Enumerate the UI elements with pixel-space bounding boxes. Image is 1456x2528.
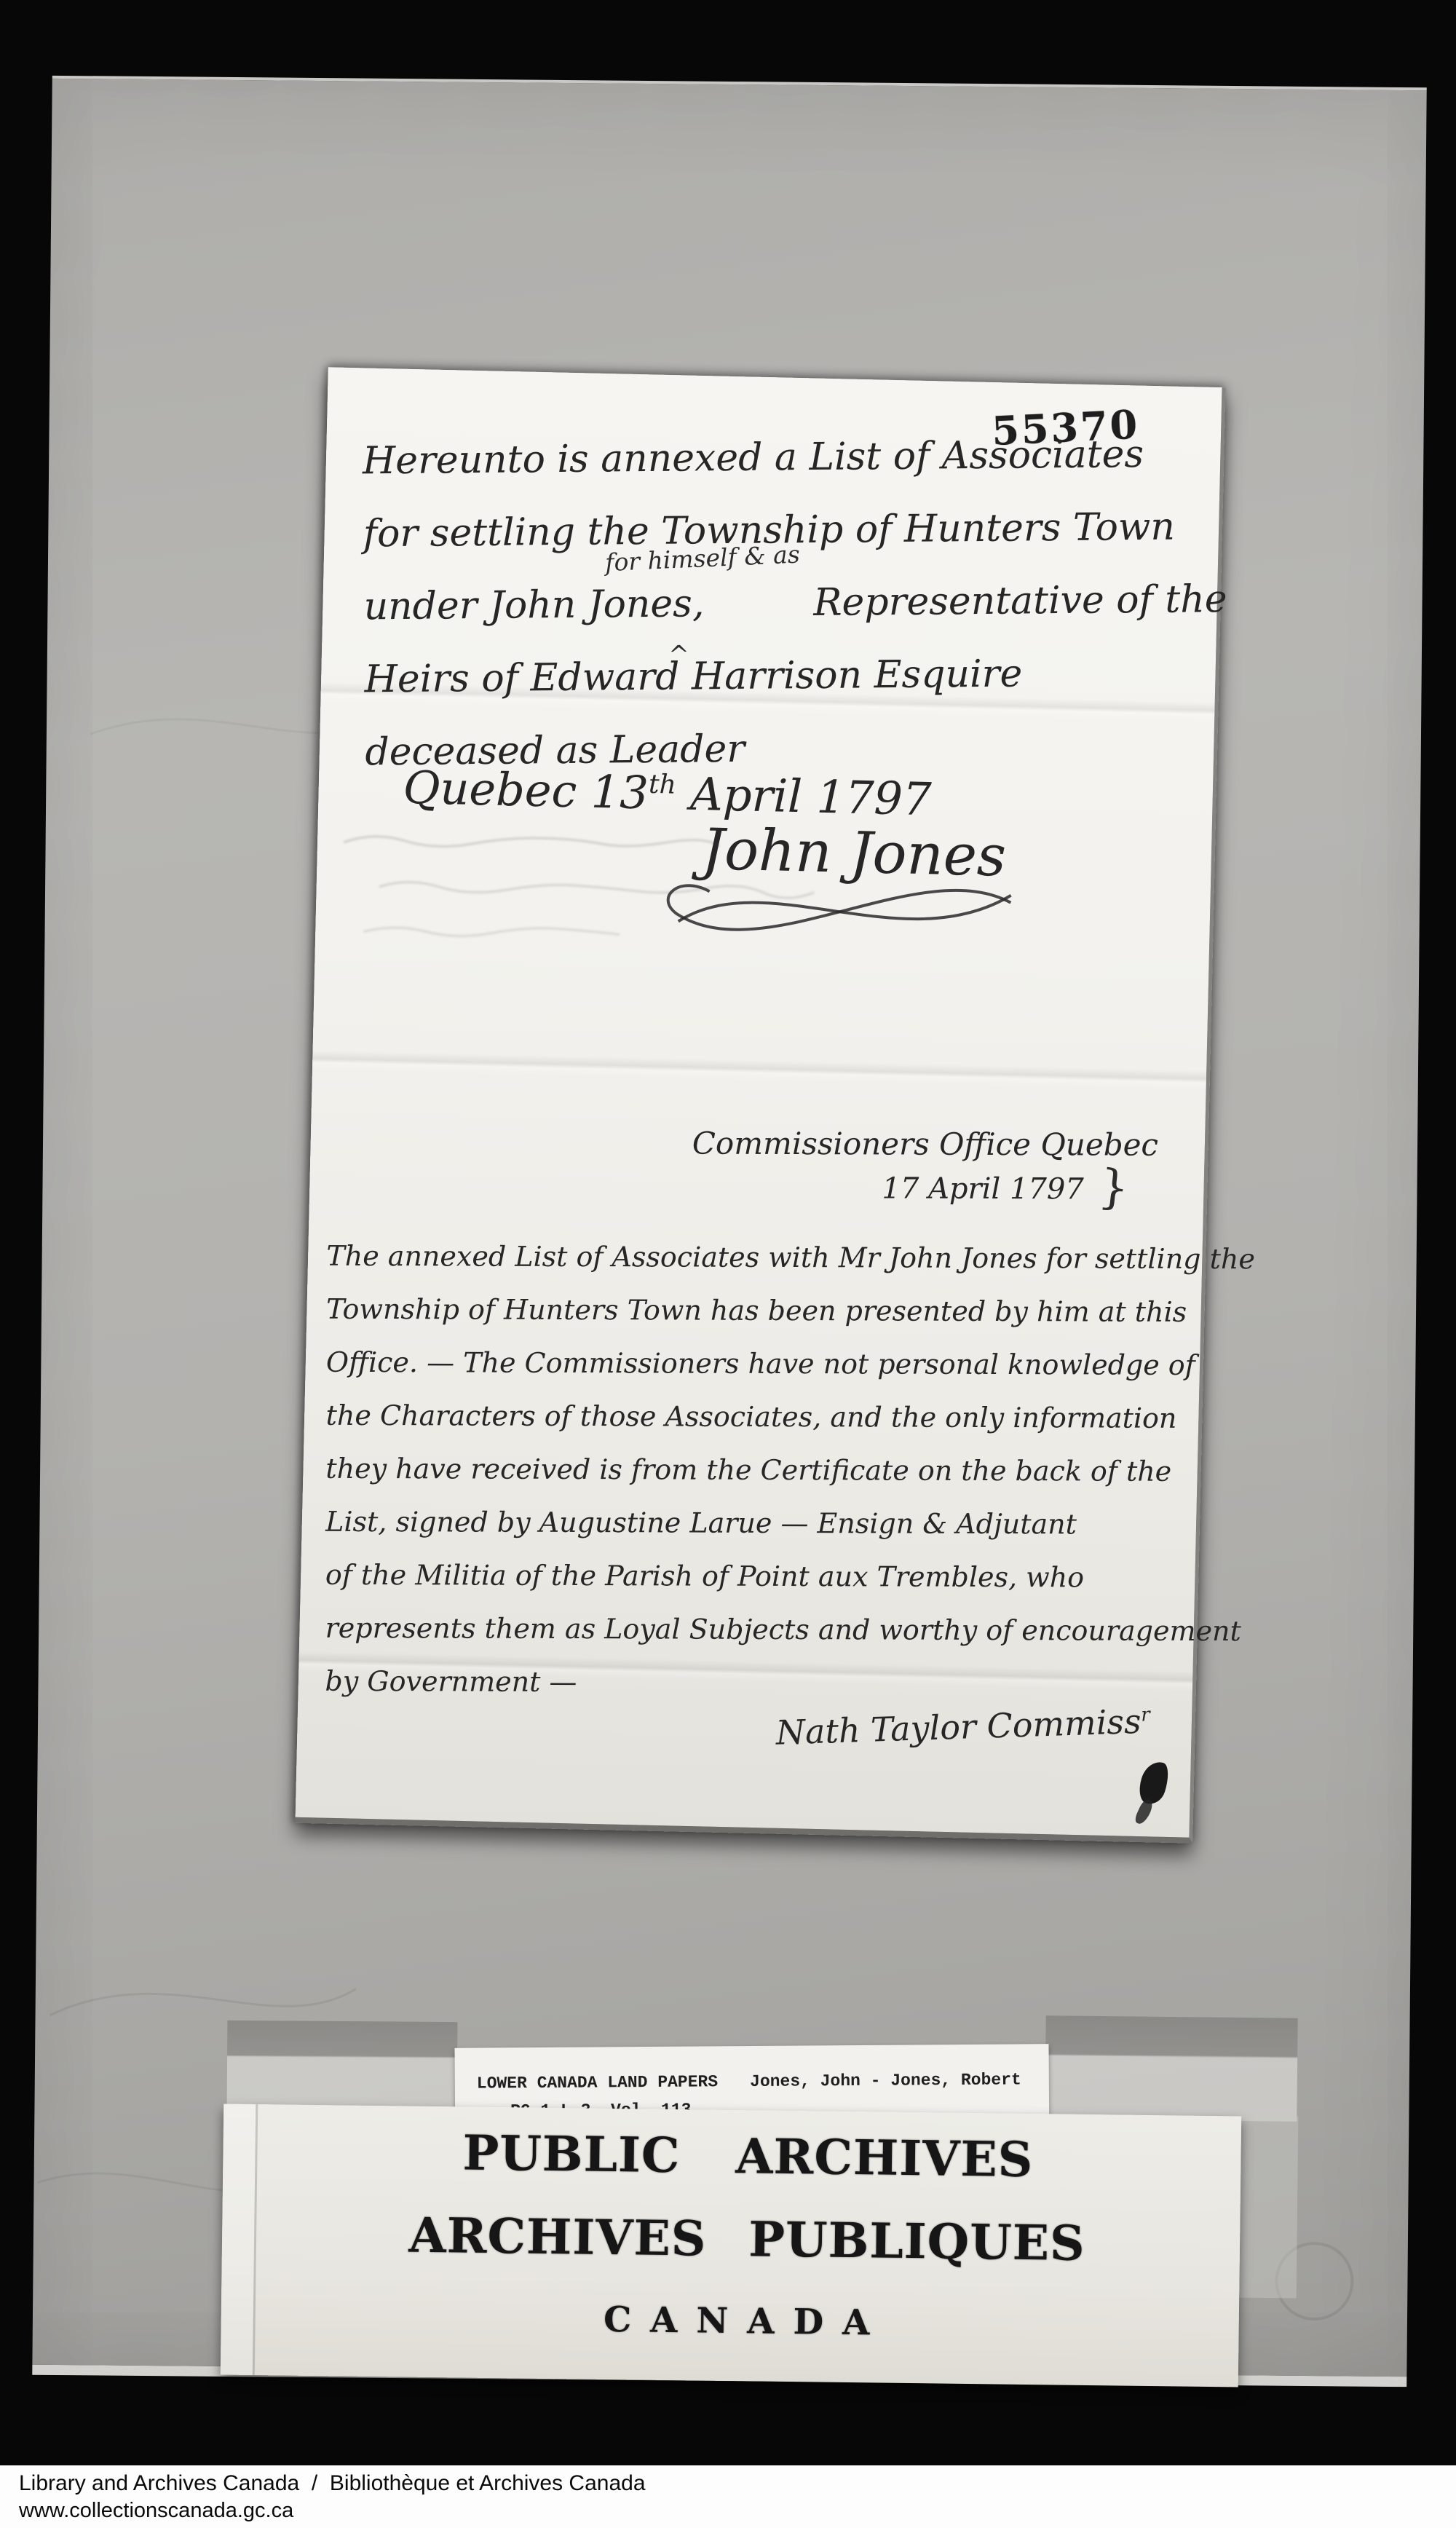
ordinal-superscript: r	[1141, 1704, 1150, 1726]
office-line: Township of Hunters Town has been presen…	[326, 1283, 1176, 1339]
office-line: The annexed List of Associates with Mr J…	[326, 1230, 1176, 1286]
archives-label-line-fr: ARCHIVES PUBLIQUES	[254, 2205, 1241, 2274]
manuscript-paragraph: Hereunto is annexed a List of Associates…	[362, 417, 1195, 789]
office-line: List, signed by Augustine Larue — Ensign…	[325, 1496, 1176, 1552]
signature-nath-taylor: Nath Taylor Commissr	[325, 1700, 1176, 1766]
insertion-gap	[705, 615, 814, 616]
fold-crease	[312, 1050, 1206, 1091]
caret-mark: ^	[668, 640, 689, 669]
tape-strip-right	[1045, 2015, 1297, 2122]
bleed-through-writing	[333, 816, 1051, 992]
citation-series: LOWER CANADA LAND PAPERS	[477, 2072, 718, 2093]
ordinal-superscript: th	[649, 770, 677, 800]
office-line: represents them as Loyal Subjects and wo…	[325, 1602, 1176, 1658]
photo-backdrop: 55370 Hereunto is annexed a List of Asso…	[0, 0, 1456, 2528]
citation-names: Jones, John - Jones, Robert	[750, 2070, 1021, 2091]
office-line: of the Militia of the Parish of Point au…	[325, 1549, 1176, 1605]
brace-mark: }	[1096, 1160, 1131, 1217]
office-heading: Commissioners Office Quebec	[327, 1124, 1177, 1163]
manuscript-line-3-post: Representative of the	[813, 577, 1227, 625]
manuscript-line-3-pre: under John Jones,	[363, 582, 704, 628]
citation-line-1: LOWER CANADA LAND PAPERSJones, John - Jo…	[477, 2070, 1021, 2093]
office-dateline: 17 April 1797}	[327, 1170, 1177, 1206]
office-paragraph: The annexed List of Associates with Mr J…	[325, 1230, 1176, 1711]
office-line: the Characters of those Associates, and …	[326, 1389, 1176, 1445]
manuscript-line: Heirs of Edward Harrison Esquire	[364, 636, 1195, 716]
archives-label: PUBLIC ARCHIVES ARCHIVES PUBLIQUES CANAD…	[221, 2104, 1241, 2387]
archives-label-line-en: PUBLIC ARCHIVES	[255, 2122, 1241, 2191]
label-left-strip	[221, 2104, 256, 2375]
tape-strip-left	[227, 2021, 458, 2115]
footer-attribution: Library and Archives Canada / Bibliothèq…	[19, 2471, 646, 2496]
tape-strip-right-vertical	[1238, 2116, 1299, 2299]
office-line: they have received is from the Certifica…	[325, 1442, 1176, 1498]
footer-url: www.collectionscanada.gc.ca	[19, 2499, 293, 2523]
manuscript-line: Hereunto is annexed a List of Associates	[362, 417, 1192, 497]
archives-label-line-canada: CANADA	[253, 2295, 1239, 2348]
office-line: by Government —	[325, 1655, 1175, 1711]
ink-blot-stain	[1135, 1758, 1173, 1808]
manuscript-line: under John Jones,Representative of the	[363, 563, 1194, 643]
office-line: Office. — The Commissioners have not per…	[326, 1336, 1176, 1392]
footer-bar: Library and Archives Canada / Bibliothèq…	[0, 2465, 1456, 2528]
manuscript-page: 55370 Hereunto is annexed a List of Asso…	[295, 367, 1225, 1843]
commissioners-note-block: Commissioners Office Quebec 17 April 179…	[325, 1124, 1177, 1755]
